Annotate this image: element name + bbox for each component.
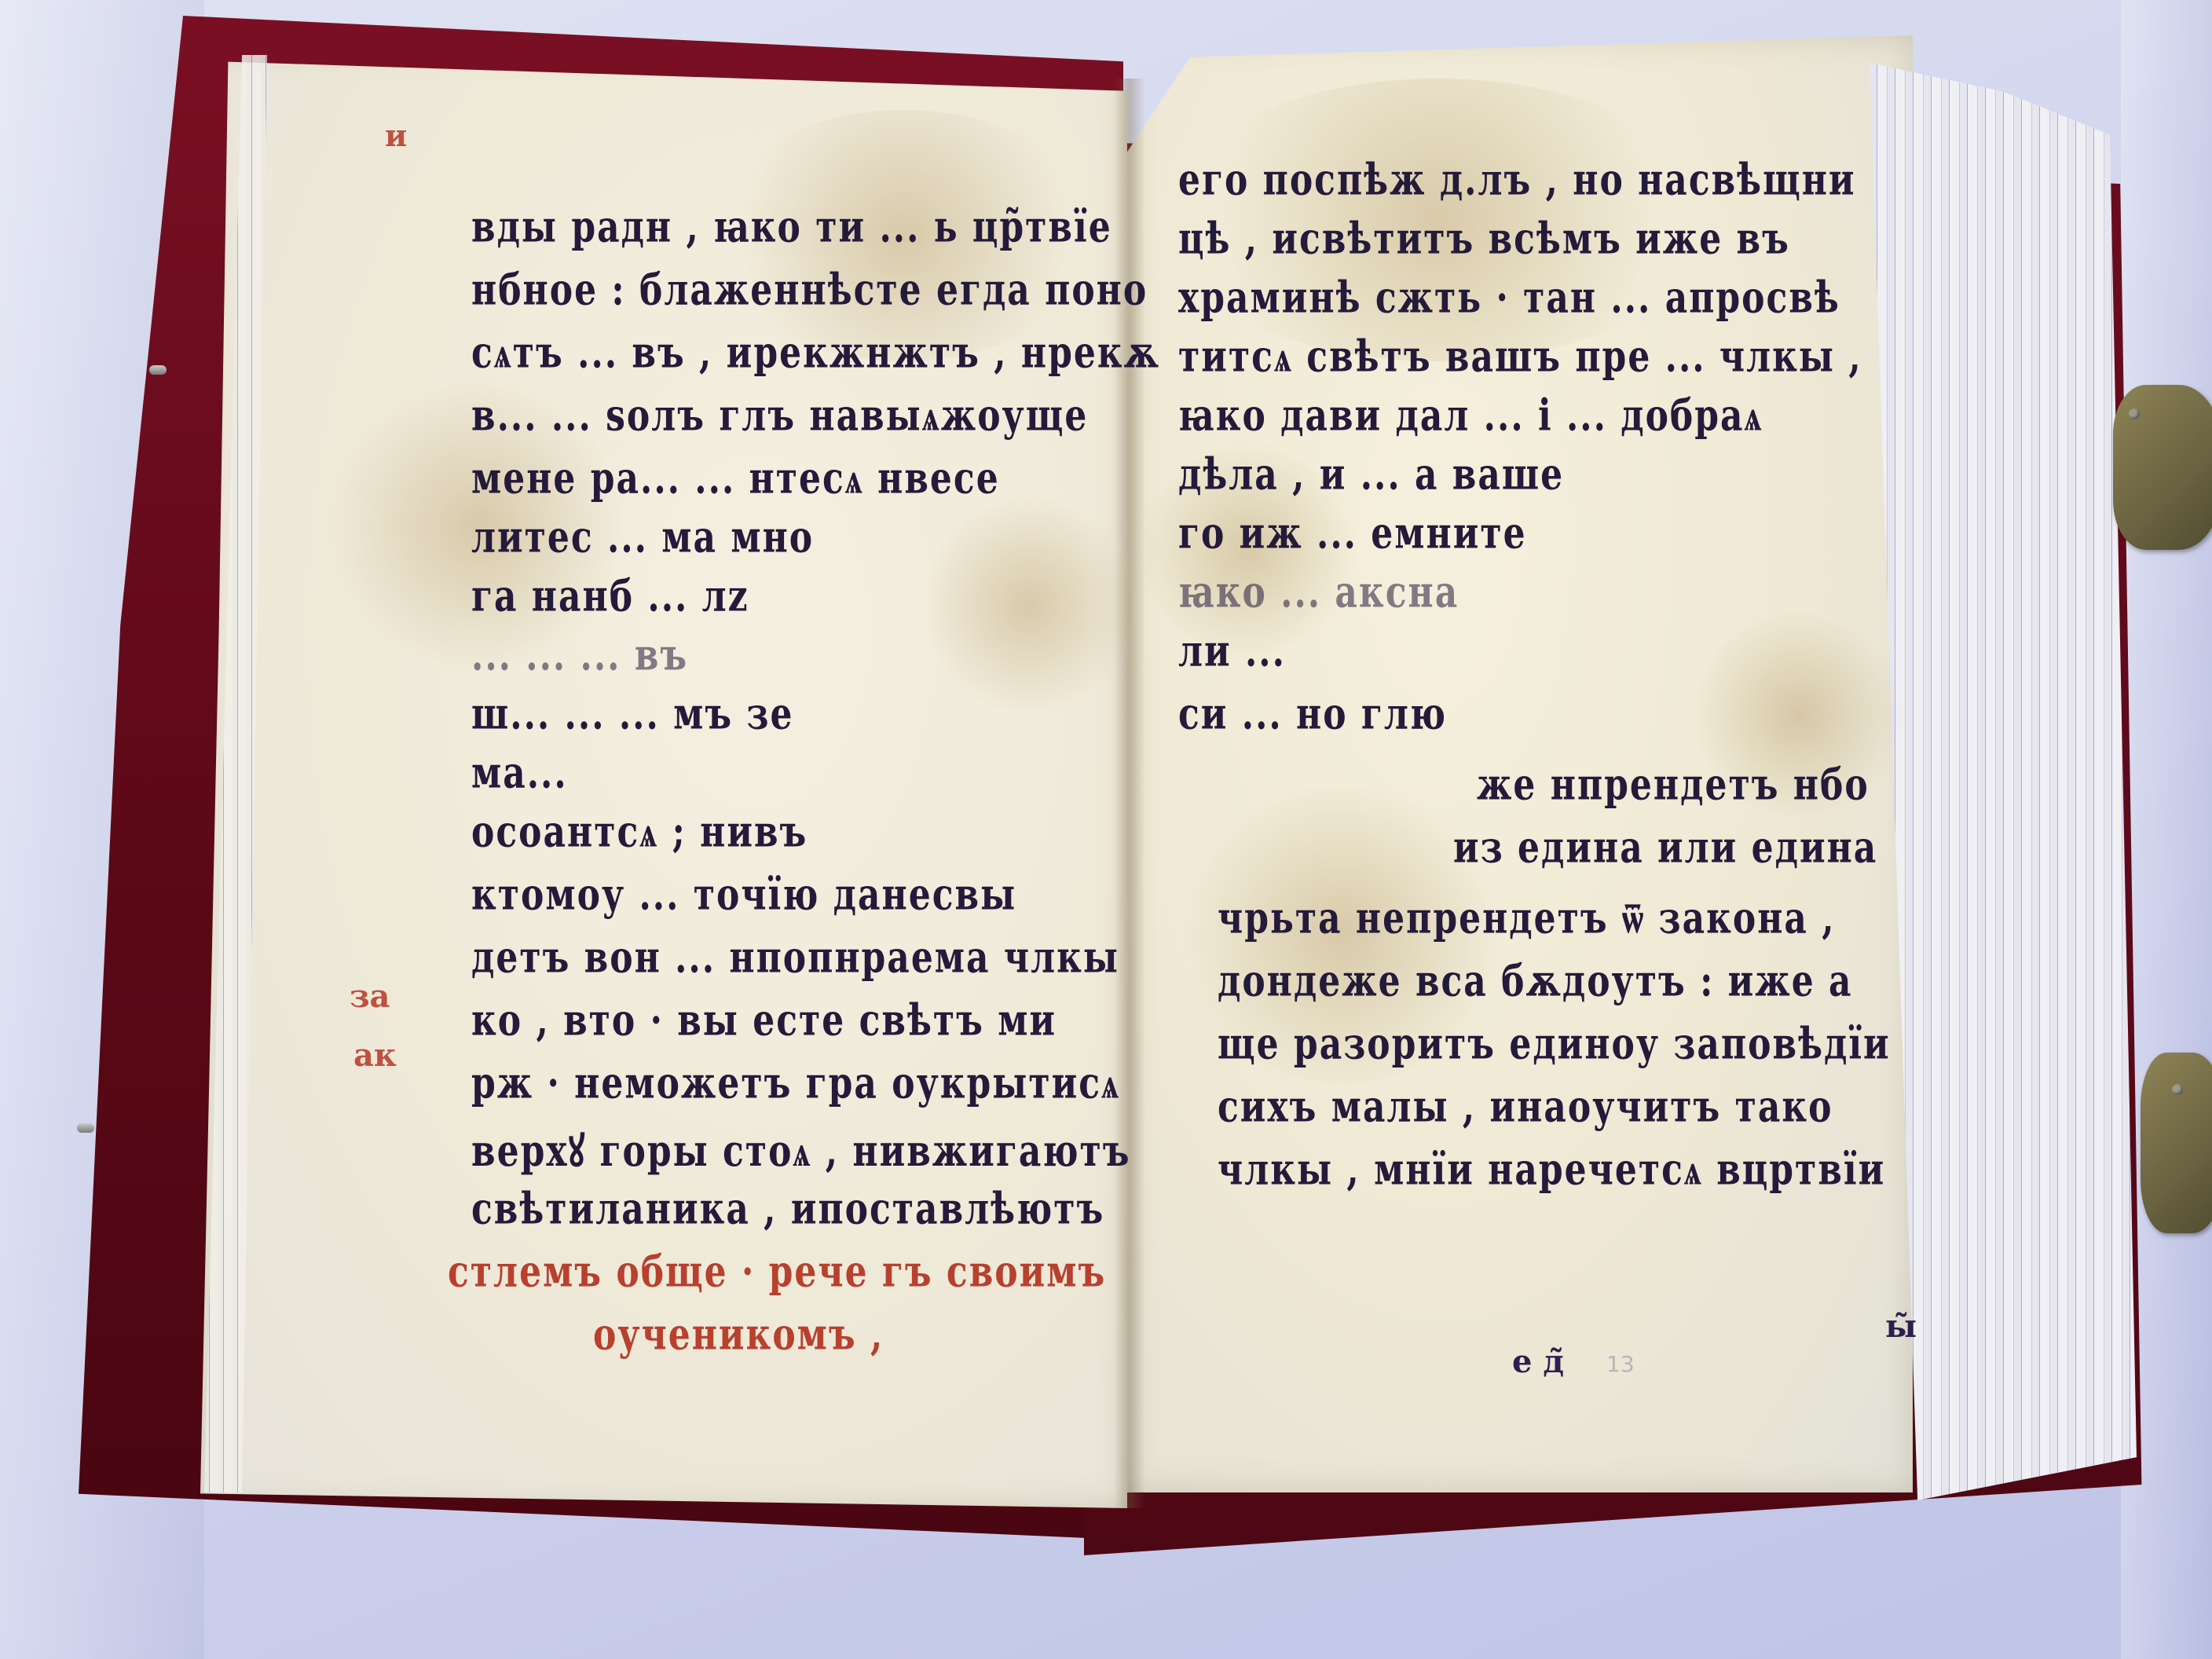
text-line: га нанб ... лz [471,571,749,621]
text-line: си ... но глю [1178,689,1447,739]
text-line: ще разоритъ единоу заповѣдїи [1218,1019,1891,1069]
text-line: его поспѣж д.лъ , но насвѣщни [1178,155,1856,205]
rubric-line: оученикомъ , [593,1309,884,1360]
text-line: мене ра... ... нтесѧ нвесе [471,453,1000,504]
text-line: ма... [471,748,568,798]
text-line: храминѣ сжть · тан ... апросвѣ [1178,273,1840,323]
text-line: титсѧ свѣтъ вашъ пре ... члкы , [1178,331,1862,382]
cover-pin [77,1123,94,1133]
catchword: е д̃ [1512,1343,1564,1380]
text-line: свѣтиланика , ипоставлѣютъ [471,1184,1104,1234]
margin-reading-mark: за [350,978,390,1015]
brass-clasp-lower[interactable] [2141,1053,2212,1233]
text-line: из едина или едина [1453,822,1877,873]
text-line: осоантсѧ ; нивъ [471,807,808,857]
page-signature-mark: и [385,118,407,153]
text-line: ꙗко ... аксна [1178,567,1459,617]
text-line: в... ... ѕолъ глъ навыѧжоуще [471,390,1088,441]
text-line: ли ... [1178,626,1286,676]
clasp-rivet [2129,408,2140,419]
text-line: ꙗко дави дал ... і ... добраѧ [1178,390,1763,441]
clasp-rivet [2172,1084,2183,1095]
text-line: детъ вон ... нпопнраема члкы [471,932,1119,983]
brass-clasp-upper[interactable] [2113,385,2212,550]
water-stain [927,487,1131,723]
cover-pin [149,365,167,375]
text-line: ... ... ... въ [471,630,688,680]
text-line: дондеже вса бѫдоутъ : иже а [1218,956,1853,1006]
text-line: дѣла , и ... а ваше [1178,449,1564,500]
text-line: же нпрендетъ нбо [1477,760,1870,810]
text-line: рж · неможетъ гра оукрытисѧ [471,1058,1120,1108]
text-line: члкы , мнїи наречетсѧ вцртвїи [1218,1144,1885,1195]
text-line: вды радн , ꙗко ти ... ь цр̃твїе [471,202,1112,252]
pencil-page-number: 13 [1606,1351,1635,1377]
text-line: ко , вто · вы есте свѣтъ ми [471,995,1057,1046]
margin-reading-mark: ак [353,1037,397,1074]
text-line: ктомоу ... точїю данесвы [471,870,1016,920]
text-line: верхꙋ горы стоѧ , нивжигаютъ [471,1119,1130,1178]
text-line: чрьта непрендетъ ѿ закона , [1218,893,1836,943]
text-line: го иж ... емните [1178,508,1527,558]
text-line: сѧтъ ... въ , ирекжнжтъ , нрекѫ [471,328,1160,378]
text-line: сихъ малы , инаоучитъ тако [1218,1082,1833,1132]
folio-number: ы̃ [1885,1308,1917,1345]
text-line: цѣ , исвѣтитъ всѣмъ иже въ [1178,214,1790,264]
rubric-line: стлемъ обще · рече гъ своимъ [448,1247,1106,1297]
text-line: ш... ... ... мъ зе [471,689,793,739]
text-line: нбное : блаженнѣсте егда поно [471,265,1148,315]
text-line: литес ... ма мно [471,512,814,562]
